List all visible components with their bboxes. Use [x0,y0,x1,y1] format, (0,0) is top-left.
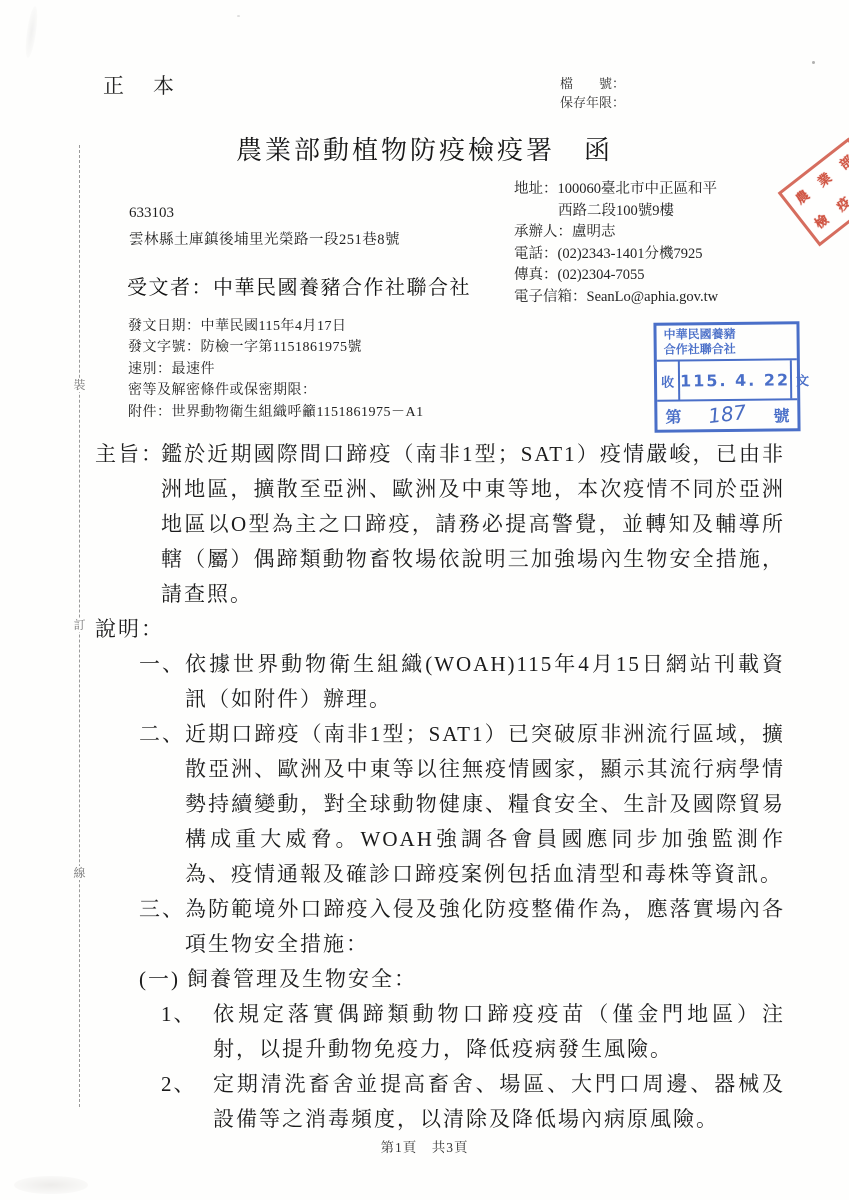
retention-label: 保存年限： [560,95,625,110]
received-date: 115. 4. 22 [680,360,790,399]
explanation-item-3-1-1: 1、 依規定落實偶蹄類動物口蹄疫疫苗（僅金門地區）注射，以提升動物免疫力，降低疫… [95,997,785,1067]
explanation-item-3-1: (一) 飼養管理及生物安全： [95,962,785,997]
binding-mark-ding: 訂 [71,618,88,632]
scan-smudge [14,1176,88,1194]
explanation-label: 說明： [95,612,785,647]
scan-speck [237,15,240,17]
handwritten-number: 187 [680,397,774,431]
item-text: 近期口蹄疫（南非1型；SAT1）已突破原非洲流行區域，擴散亞洲、歐洲及中東等以往… [185,717,785,892]
item-text: 依據世界動物衛生組織(WOAH)115年4月15日網站刊載資訊（如附件）辦理。 [185,647,785,717]
sender-contact-block: 地址：100060臺北市中正區和平 西路二段100號9樓 承辦人：盧明志 電話：… [514,179,718,308]
document-char: 文 [790,360,813,398]
binding-mark-zhuang: 裝 [71,378,88,392]
document-body: 主旨： 鑑於近期國際間口蹄疫（南非1型；SAT1）疫情嚴峻，已由非洲地區，擴散至… [95,437,785,1137]
item-label: 三、 [139,892,185,927]
subject-paragraph: 主旨： 鑑於近期國際間口蹄疫（南非1型；SAT1）疫情嚴峻，已由非洲地區，擴散至… [95,437,785,612]
sender-address-line2: 西路二段100號9樓 [514,201,718,223]
seal-char: 農 [793,188,812,207]
contact-fax: 傳真：(02)2304-7055 [514,265,718,287]
document-page: 正 本 檔 號：保存年限： 農業部動植物防疫檢疫署 函 農 業 部 檢 疫 署 … [0,0,849,1200]
explanation-item-2: 二、 近期口蹄疫（南非1型；SAT1）已突破原非洲流行區域，擴散亞洲、歐洲及中東… [95,717,785,892]
recipient-line: 受文者：中華民國養豬合作社聯合社 [127,271,471,300]
item-label: (一) [139,962,187,997]
number-suffix: 號 [773,403,789,426]
org-row2-text: 合作社聯合社 [664,342,736,358]
address-label: 地址： [514,181,558,197]
number-prefix: 第 [665,404,681,427]
contact-person: 承辦人：盧明志 [514,222,718,244]
org-row1-text: 中華民國養豬 [663,327,735,343]
issue-date: 發文日期：中華民國115年4月17日 [128,316,424,337]
sender-address-line1: 地址：100060臺北市中正區和平 [514,179,718,201]
issue-number: 發文字號：防檢一字第1151861975號 [128,337,424,358]
explanation-item-3: 三、 為防範境外口蹄疫入侵及強化防疫整備作為，應落實場內各項生物安全措施： [95,892,785,962]
scan-speck [812,61,815,64]
received-stamp-org: 中華民國養豬 合作社聯合社 [656,324,796,357]
attachment: 附件：世界動物衛生組織呼籲1151861975－A1 [128,402,424,423]
item-text: 為防範境外口蹄疫入侵及強化防疫整備作為，應落實場內各項生物安全措施： [185,892,785,962]
explanation-item-3-1-2: 2、 定期清洗畜舍並提高畜舍、場區、大門口周邊、器械及設備等之消毒頻度，以清除及… [95,1067,785,1137]
item-label: 2、 [161,1067,213,1102]
file-number-block: 檔 號：保存年限： [560,74,625,112]
item-label: 一、 [139,647,185,682]
page-number-footer: 第1頁 共3頁 [0,1136,849,1156]
received-stamp-date-band: 收 115. 4. 22 文 [657,358,797,401]
file-number-label: 檔 號： [560,76,625,91]
address-value: 100060臺北市中正區和平 [558,181,718,197]
item-text: 定期清洗畜舍並提高畜舍、場區、大門口周邊、器械及設備等之消毒頻度，以清除及降低場… [213,1067,785,1137]
received-stamp-org-row1: 中華民國養豬 [663,326,789,342]
subject-label: 主旨： [95,437,161,472]
received-stamp-number-band: 第 187 號 [657,400,797,429]
scan-smudge [23,6,39,59]
subject-text: 鑑於近期國際間口蹄疫（南非1型；SAT1）疫情嚴峻，已由非洲地區，擴散至亞洲、歐… [161,437,785,612]
item-text: 飼養管理及生物安全： [187,962,785,997]
document-title: 農業部動植物防疫檢疫署 函 [0,130,849,167]
seal-char: 檢 [812,212,831,231]
seal-char: 疫 [834,195,849,214]
classification: 密等及解密條件或保密期限： [128,380,424,401]
recipient-street-address: 雲林縣土庫鎮後埔里光榮路一段251巷8號 [129,228,400,249]
received-char: 收 [657,361,680,399]
binding-mark-xian: 線 [71,866,88,880]
item-label: 二、 [139,717,185,752]
contact-email: 電子信箱：SeanLo@aphia.gov.tw [514,287,718,309]
received-stamp: 中華民國養豬 合作社聯合社 收 115. 4. 22 文 第 187 號 [653,321,800,433]
received-stamp-org-row2: 合作社聯合社 [664,341,790,357]
explanation-item-1: 一、 依據世界動物衛生組織(WOAH)115年4月15日網站刊載資訊（如附件）辦… [95,647,785,717]
priority: 速別：最速件 [128,359,424,380]
seal-char: 業 [815,170,834,189]
contact-phone: 電話：(02)2343-1401分機7925 [514,244,718,266]
copy-type-label: 正 本 [103,70,178,100]
item-text: 依規定落實偶蹄類動物口蹄疫疫苗（僅金門地區）注射，以提升動物免疫力，降低疫病發生… [213,997,785,1067]
document-meta-block: 發文日期：中華民國115年4月17日 發文字號：防檢一字第1151861975號… [128,316,424,423]
seal-char: 部 [837,153,849,172]
recipient-postal-code: 633103 [129,205,174,222]
item-label: 1、 [161,997,213,1032]
